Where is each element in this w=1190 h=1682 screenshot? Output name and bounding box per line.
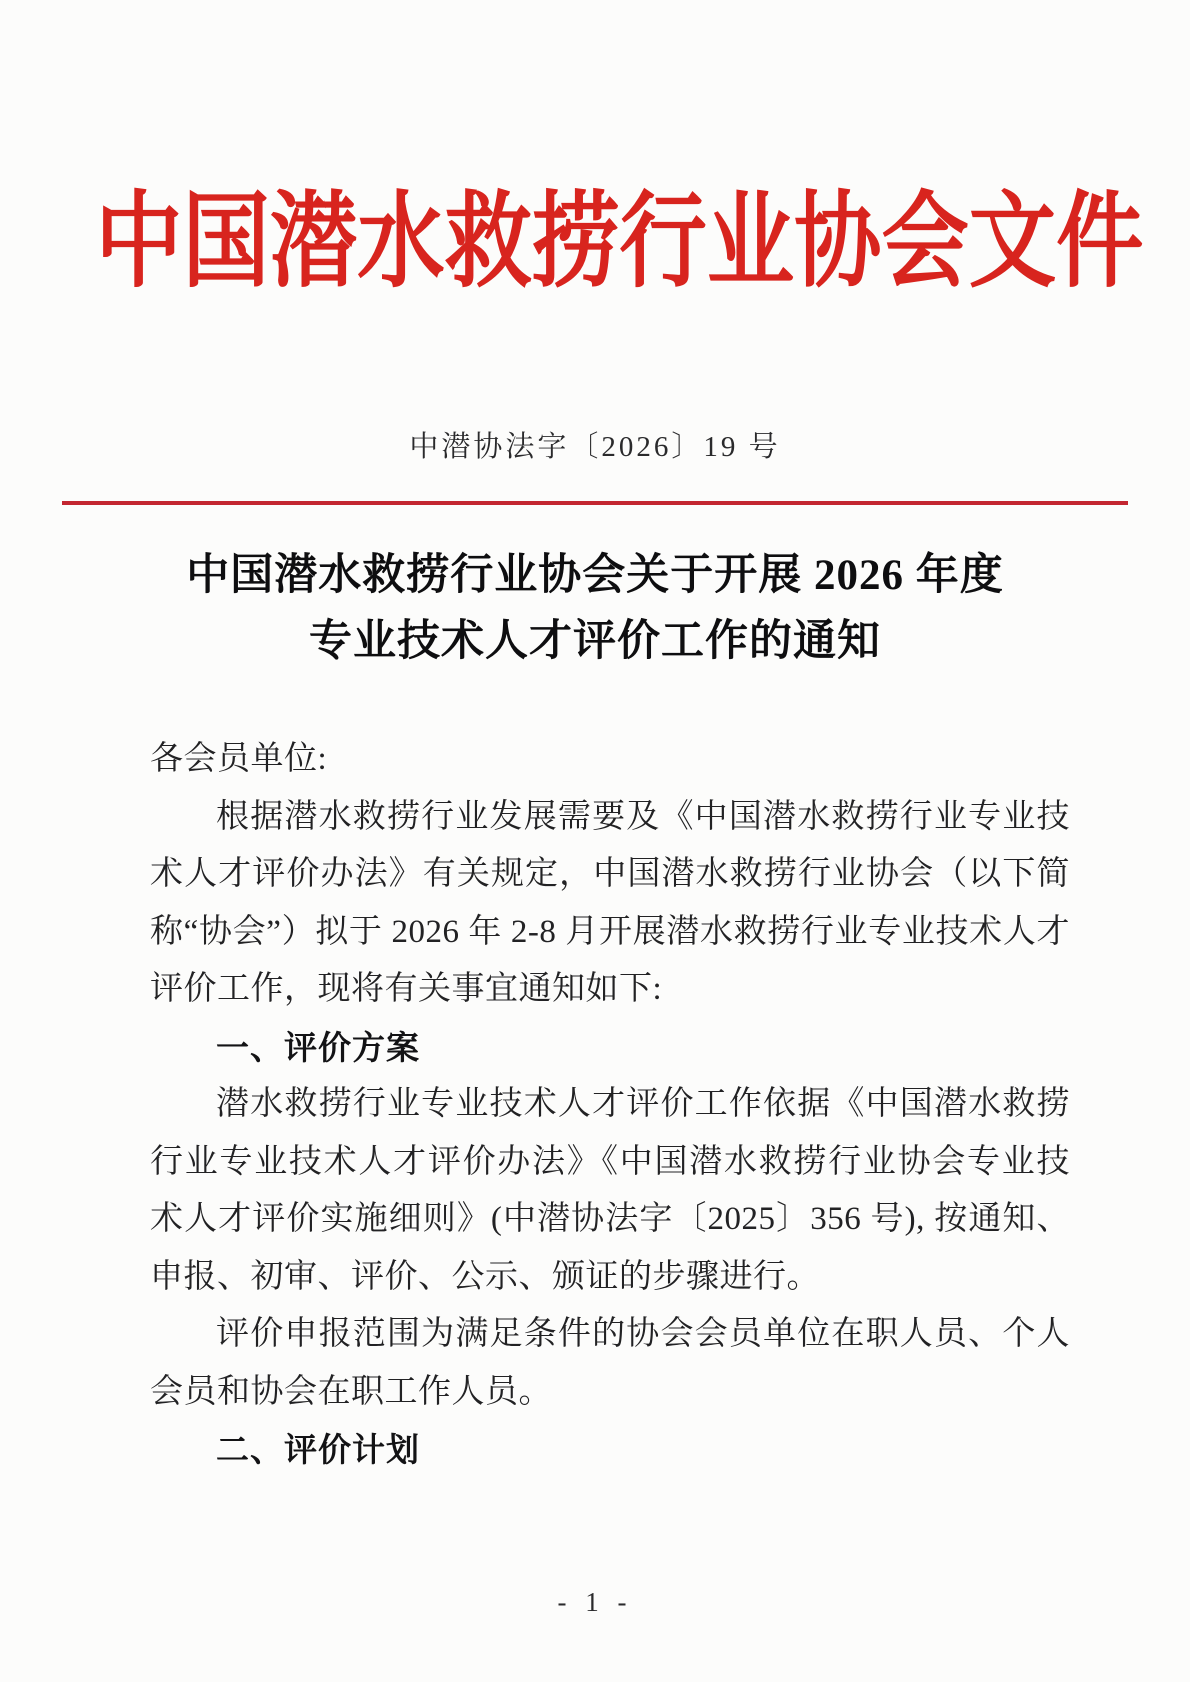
document-title-line2: 专业技术人才评价工作的通知	[309, 618, 881, 665]
document-number: 中潜协法字〔2026〕19 号	[0, 424, 1190, 465]
document-title-line1: 中国潜水救捞行业协会关于开展 2026 年度	[186, 552, 1004, 599]
org-banner-title: 中国潜水救捞行业协会文件	[95, 0, 1095, 328]
body-paragraph: 根据潜水救捞行业发展需要及《中国潜水救捞行业专业技术人才评价办法》有关规定，中国…	[150, 789, 1070, 1019]
document-body: 各会员单位: 根据潜水救捞行业发展需要及《中国潜水救捞行业专业技术人才评价办法》…	[0, 731, 1190, 1479]
section-heading-1: 一、评价方案	[150, 1019, 1070, 1077]
salutation: 各会员单位:	[150, 731, 1070, 789]
section-heading-2: 二、评价计划	[150, 1421, 1070, 1479]
document-title: 中国潜水救捞行业协会关于开展 2026 年度专业技术人才评价工作的通知	[0, 543, 1190, 675]
red-divider-line	[62, 501, 1128, 505]
body-paragraph: 潜水救捞行业专业技术人才评价工作依据《中国潜水救捞行业专业技术人才评价办法》《中…	[150, 1076, 1070, 1306]
body-paragraph: 评价申报范围为满足条件的协会会员单位在职人员、个人会员和协会在职工作人员。	[150, 1306, 1070, 1421]
page-number: - 1 -	[0, 1587, 1190, 1618]
document-page: 中国潜水救捞行业协会文件 中潜协法字〔2026〕19 号 中国潜水救捞行业协会关…	[0, 0, 1190, 1682]
